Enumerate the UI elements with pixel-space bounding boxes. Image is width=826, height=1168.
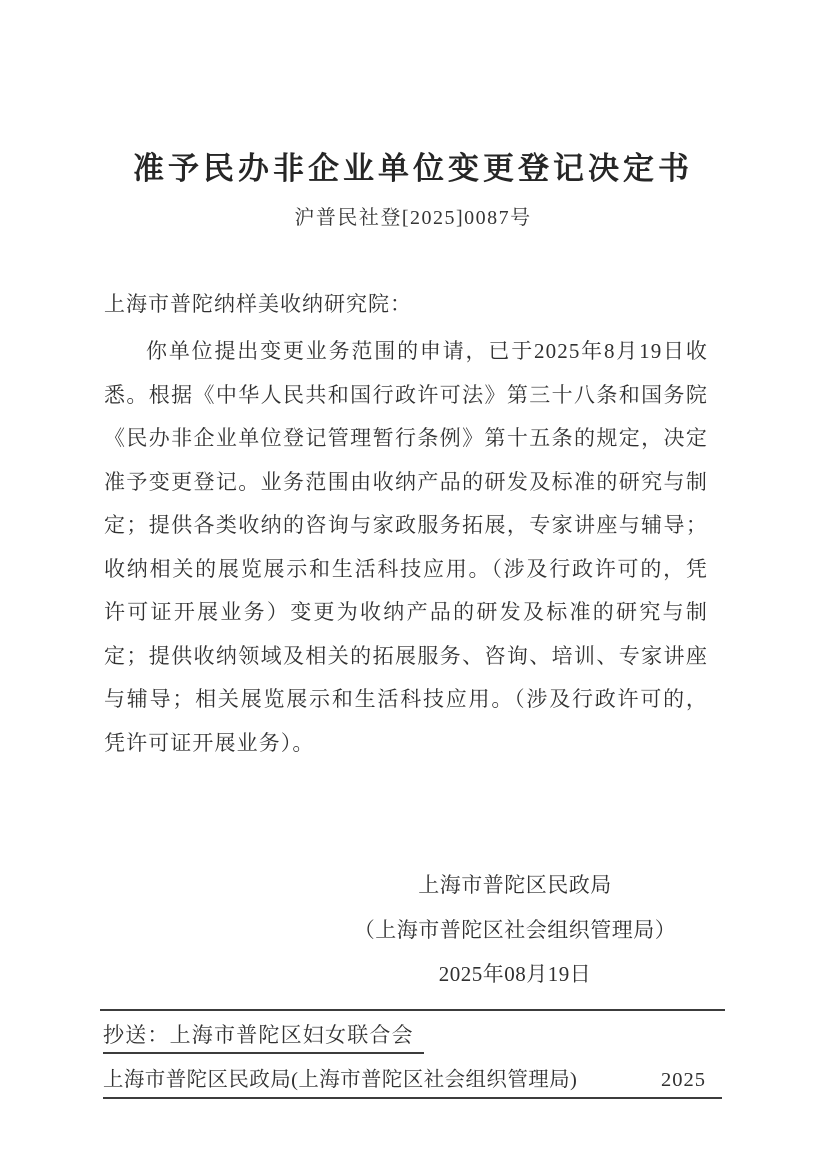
addressee: 上海市普陀纳样美收纳研究院： (104, 288, 412, 318)
body-paragraph: 你单位提出变更业务范围的申请，已于2025年8月19日收悉。根据《中华人民共和国… (104, 330, 708, 765)
footer-year: 2025 (661, 1069, 706, 1092)
document-number: 沪普民社登[2025]0087号 (0, 201, 826, 230)
document-title: 准予民办非企业单位变更登记决定书 (0, 143, 826, 188)
footer-issuer: 上海市普陀区民政局(上海市普陀区社会组织管理局) (103, 1062, 577, 1092)
footer-cc-line: 抄送：上海市普陀区妇女联合会 (103, 1019, 424, 1054)
signature-date: 2025年08月19日 (300, 952, 730, 997)
document-page: 准予民办非企业单位变更登记决定书 沪普民社登[2025]0087号 上海市普陀纳… (0, 0, 826, 1168)
footer-divider (100, 1009, 725, 1011)
footer-issuer-line: 上海市普陀区民政局(上海市普陀区社会组织管理局) 2025 (103, 1062, 722, 1099)
signature-block: 上海市普陀区民政局 （上海市普陀区社会组织管理局） 2025年08月19日 (300, 863, 730, 997)
signature-authority: 上海市普陀区民政局 (300, 863, 730, 908)
signature-authority-alt: （上海市普陀区社会组织管理局） (300, 908, 730, 953)
